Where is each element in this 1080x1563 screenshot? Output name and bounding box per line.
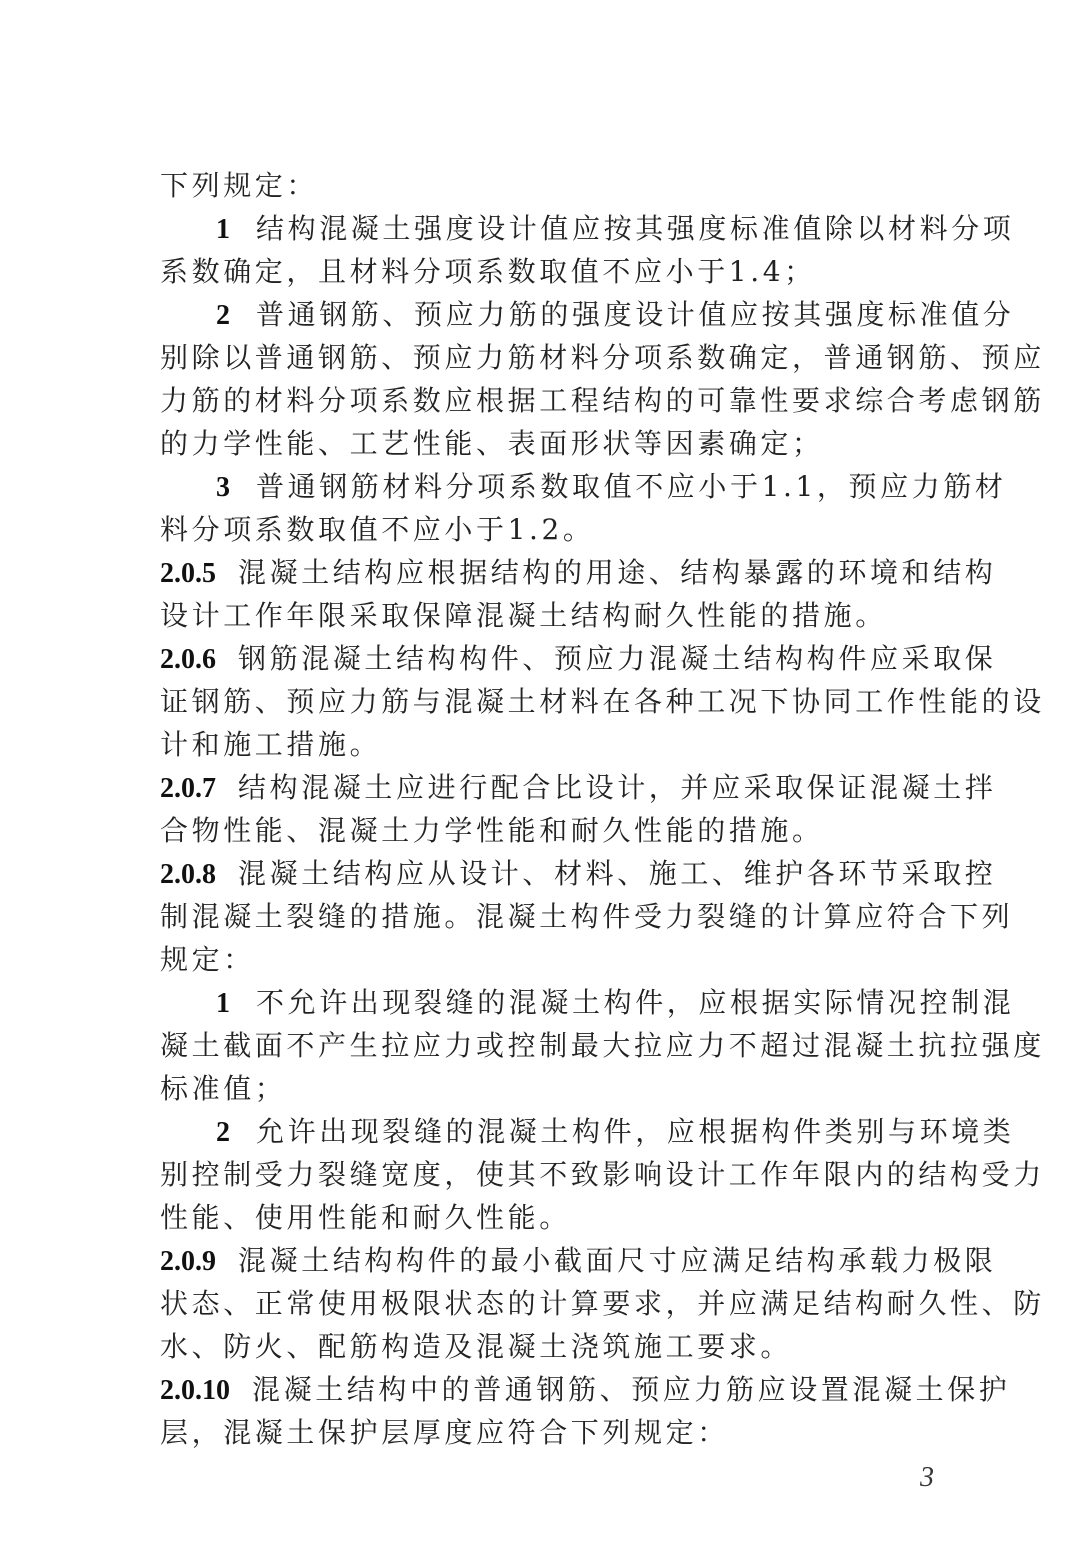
clause-text: 钢筋混凝土结构构件、预应力混凝土结构构件应采取保 [238, 642, 996, 675]
clause-text: 混凝土结构应从设计、材料、施工、维护各环节采取控 [238, 857, 996, 890]
line-text: 的力学性能、工艺性能、表面形状等因素确定； [160, 427, 824, 460]
clause-number: 2.0.10 [160, 1375, 230, 1406]
text-line: 合物性能、混凝土力学性能和耐久性能的措施。 [160, 809, 960, 852]
text-line: 系数确定，且材料分项系数取值不应小于1.4； [160, 250, 960, 293]
text-line: 水、防火、配筋构造及混凝土浇筑施工要求。 [160, 1325, 960, 1368]
line-text: 标准值； [160, 1072, 286, 1105]
text-line: 性能、使用性能和耐久性能。 [160, 1196, 960, 1239]
clause-number: 2.0.9 [160, 1246, 216, 1277]
text-line: 料分项系数取值不应小于1.2。 [160, 508, 960, 551]
text-line: 标准值； [160, 1067, 960, 1110]
text-line: 规定： [160, 938, 960, 981]
clause-heading: 2.0.6钢筋混凝土结构构件、预应力混凝土结构构件应采取保 [160, 637, 960, 680]
item-number: 2 [216, 300, 230, 331]
line-text: 水、防火、配筋构造及混凝土浇筑施工要求。 [160, 1330, 792, 1363]
text-line: 力筋的材料分项系数应根据工程结构的可靠性要求综合考虑钢筋 [160, 379, 960, 422]
clause-heading: 2.0.5混凝土结构应根据结构的用途、结构暴露的环境和结构 [160, 551, 960, 594]
line-text: 凝土截面不产生拉应力或控制最大拉应力不超过混凝土抗拉强度 [160, 1029, 1045, 1062]
text-line: 的力学性能、工艺性能、表面形状等因素确定； [160, 422, 960, 465]
text-line: 别除以普通钢筋、预应力筋材料分项系数确定，普通钢筋、预应 [160, 336, 960, 379]
line-text: 规定： [160, 943, 255, 976]
item-text: 结构混凝土强度设计值应按其强度标准值除以材料分项 [256, 212, 1014, 245]
text-line: 凝土截面不产生拉应力或控制最大拉应力不超过混凝土抗拉强度 [160, 1024, 960, 1067]
line-text: 计和施工措施。 [160, 728, 381, 761]
line-text: 下列规定： [160, 169, 318, 202]
page-number: 3 [920, 1462, 934, 1494]
document-page: 下列规定： 1结构混凝土强度设计值应按其强度标准值除以材料分项 系数确定，且材料… [160, 164, 960, 1454]
list-item: 2允许出现裂缝的混凝土构件，应根据构件类别与环境类 [160, 1110, 960, 1153]
line-text: 层，混凝土保护层厚度应符合下列规定： [160, 1416, 729, 1449]
item-text: 普通钢筋、预应力筋的强度设计值应按其强度标准值分 [256, 298, 1014, 331]
list-item: 3普通钢筋材料分项系数取值不应小于1.1，预应力筋材 [160, 465, 960, 508]
text-line: 状态、正常使用极限状态的计算要求，并应满足结构耐久性、防 [160, 1282, 960, 1325]
clause-text: 混凝土结构中的普通钢筋、预应力筋应设置混凝土保护 [252, 1373, 1010, 1406]
item-text: 普通钢筋材料分项系数取值不应小于1.1，预应力筋材 [256, 470, 1007, 503]
clause-heading: 2.0.8混凝土结构应从设计、材料、施工、维护各环节采取控 [160, 852, 960, 895]
line-text: 状态、正常使用极限状态的计算要求，并应满足结构耐久性、防 [160, 1287, 1045, 1320]
line-text: 力筋的材料分项系数应根据工程结构的可靠性要求综合考虑钢筋 [160, 384, 1045, 417]
line-text: 证钢筋、预应力筋与混凝土材料在各种工况下协同工作性能的设 [160, 685, 1045, 718]
text-line: 计和施工措施。 [160, 723, 960, 766]
clause-number: 2.0.8 [160, 859, 216, 890]
clause-number: 2.0.6 [160, 644, 216, 675]
item-number: 2 [216, 1117, 230, 1148]
item-text: 允许出现裂缝的混凝土构件，应根据构件类别与环境类 [256, 1115, 1014, 1148]
text-line: 证钢筋、预应力筋与混凝土材料在各种工况下协同工作性能的设 [160, 680, 960, 723]
clause-heading: 2.0.7结构混凝土应进行配合比设计，并应采取保证混凝土拌 [160, 766, 960, 809]
text-line: 制混凝土裂缝的措施。混凝土构件受力裂缝的计算应符合下列 [160, 895, 960, 938]
text-line: 下列规定： [160, 164, 960, 207]
line-text: 合物性能、混凝土力学性能和耐久性能的措施。 [160, 814, 824, 847]
item-number: 3 [216, 472, 230, 503]
line-text: 别除以普通钢筋、预应力筋材料分项系数确定，普通钢筋、预应 [160, 341, 1045, 374]
line-text: 料分项系数取值不应小于1.2。 [160, 513, 595, 546]
line-text: 设计工作年限采取保障混凝土结构耐久性能的措施。 [160, 599, 887, 632]
line-text: 别控制受力裂缝宽度，使其不致影响设计工作年限内的结构受力 [160, 1158, 1045, 1191]
clause-text: 混凝土结构构件的最小截面尺寸应满足结构承载力极限 [238, 1244, 996, 1277]
clause-heading: 2.0.9混凝土结构构件的最小截面尺寸应满足结构承载力极限 [160, 1239, 960, 1282]
item-number: 1 [216, 214, 230, 245]
list-item: 1结构混凝土强度设计值应按其强度标准值除以材料分项 [160, 207, 960, 250]
text-line: 别控制受力裂缝宽度，使其不致影响设计工作年限内的结构受力 [160, 1153, 960, 1196]
text-line: 层，混凝土保护层厚度应符合下列规定： [160, 1411, 960, 1454]
list-item: 2普通钢筋、预应力筋的强度设计值应按其强度标准值分 [160, 293, 960, 336]
clause-heading: 2.0.10混凝土结构中的普通钢筋、预应力筋应设置混凝土保护 [160, 1368, 960, 1411]
line-text: 性能、使用性能和耐久性能。 [160, 1201, 571, 1234]
clause-text: 结构混凝土应进行配合比设计，并应采取保证混凝土拌 [238, 771, 996, 804]
line-text: 系数确定，且材料分项系数取值不应小于1.4； [160, 255, 816, 288]
line-text: 制混凝土裂缝的措施。混凝土构件受力裂缝的计算应符合下列 [160, 900, 1013, 933]
item-text: 不允许出现裂缝的混凝土构件，应根据实际情况控制混 [256, 986, 1014, 1019]
clause-text: 混凝土结构应根据结构的用途、结构暴露的环境和结构 [238, 556, 996, 589]
clause-number: 2.0.5 [160, 558, 216, 589]
text-line: 设计工作年限采取保障混凝土结构耐久性能的措施。 [160, 594, 960, 637]
list-item: 1不允许出现裂缝的混凝土构件，应根据实际情况控制混 [160, 981, 960, 1024]
clause-number: 2.0.7 [160, 773, 216, 804]
item-number: 1 [216, 988, 230, 1019]
